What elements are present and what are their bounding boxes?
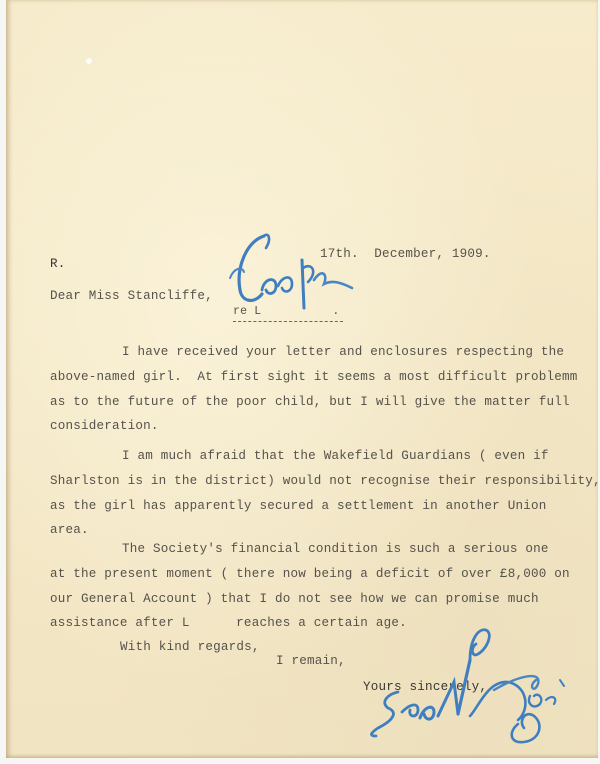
recipient-initial: R. [50,257,66,271]
closing-remain: I remain, [276,654,346,668]
valediction: Yours sincerely, [363,680,487,694]
paragraph-3-line-3: our General Account ) that I do not see … [50,592,539,606]
paragraph-2-line-1: I am much afraid that the Wakefield Guar… [122,449,549,463]
subject-reference: re L . [233,305,340,318]
paragraph-1-line-3: as to the future of the poor child, but … [50,395,570,409]
letter-date: 17th. December, 1909. [320,247,491,261]
paragraph-1-line-4: consideration. [50,419,159,433]
paragraph-3-line-4: assistance after L reaches a certain age… [50,616,407,630]
salutation: Dear Miss Stancliffe, [50,289,213,303]
subject-underline [233,321,343,322]
punch-hole [86,58,92,64]
paragraph-2-line-3: as the girl has apparently secured a set… [50,499,546,513]
paragraph-1-line-2: above-named girl. At first sight it seem… [50,370,578,384]
paragraph-3-line-2: at the present moment ( there now being … [50,567,570,581]
paragraph-2-line-2: Sharlston is in the district) would not … [50,474,600,488]
paragraph-3-line-1: The Society's financial condition is suc… [122,542,549,556]
paragraph-1-line-1: I have received your letter and enclosur… [122,345,564,359]
paragraph-2-line-4: area. [50,523,89,537]
letter-page: 17th. December, 1909. R. Dear Miss Stanc… [6,0,598,758]
closing-regards: With kind regards, [120,640,260,654]
